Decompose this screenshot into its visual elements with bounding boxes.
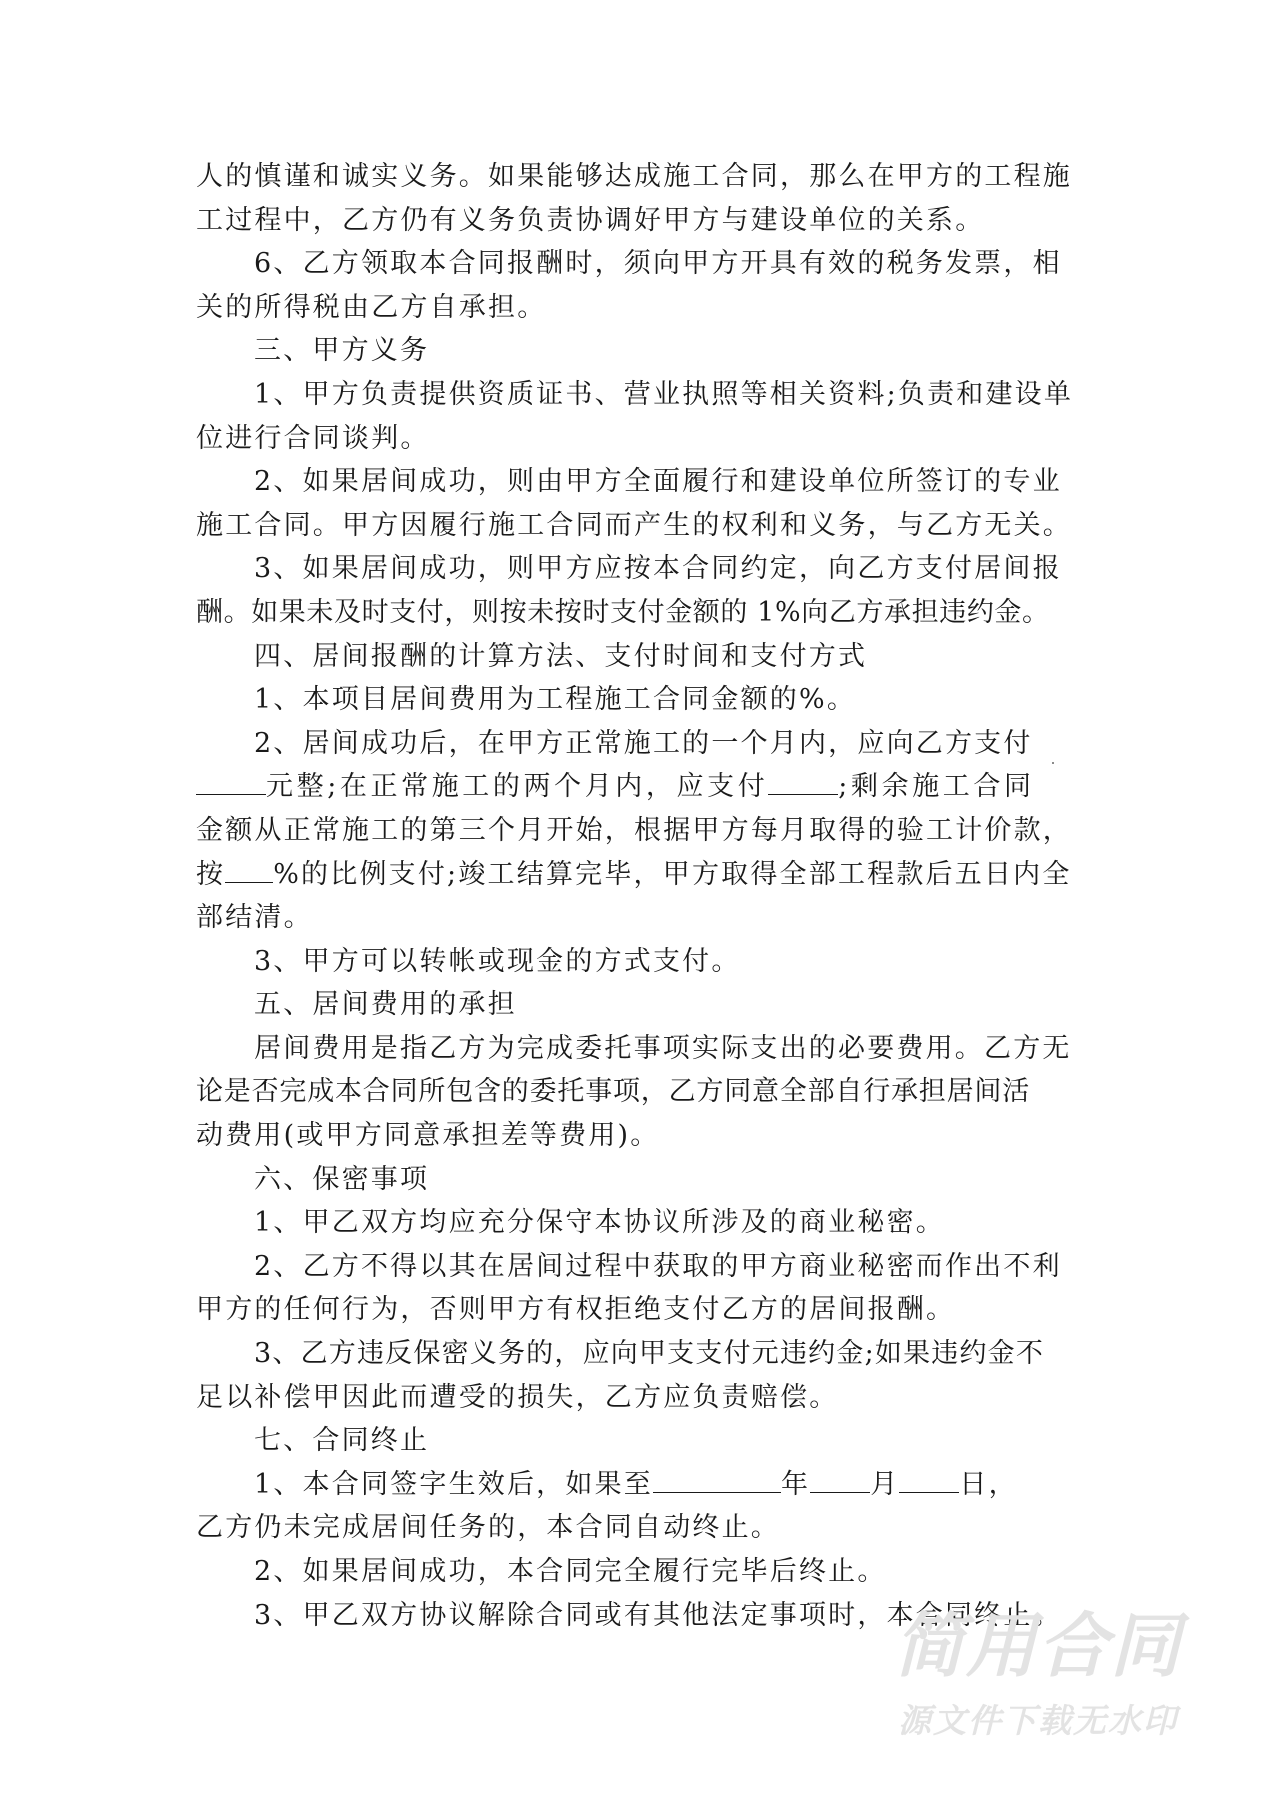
clause-line: 3、甲乙双方协议解除合同或有其他法定事项时，本合同终止。 <box>196 1594 1094 1638</box>
scan-speck <box>1052 762 1054 764</box>
watermark-subtext: 源文件下载无水印 <box>888 1696 1188 1746</box>
percentage-blank-line: 按%的比例支付;竣工结算完毕，甲方取得全部工程款后五日内全 <box>196 853 1094 897</box>
section-heading-3: 三、甲方义务 <box>196 329 1094 373</box>
year-label: 年 <box>781 1469 810 1500</box>
clause-line: 1、本项目居间费用为工程施工合同金额的%。 <box>196 678 1094 722</box>
date-blank-line: 1、本合同签字生效后，如果至年月日， <box>196 1463 1094 1507</box>
clause-line: 6、乙方领取本合同报酬时，须向甲方开具有效的税务发票，相 <box>196 242 1094 286</box>
section-heading-5: 五、居间费用的承担 <box>196 983 1094 1027</box>
text-line: 甲方的任何行为，否则甲方有权拒绝支付乙方的居间报酬。 <box>196 1288 1094 1332</box>
clause-line: 居间费用是指乙方为完成委托事项实际支出的必要费用。乙方无 <box>196 1027 1094 1071</box>
text-line: 施工合同。甲方因履行施工合同而产生的权利和义务，与乙方无关。 <box>196 504 1094 548</box>
text-segment: 元整;在正常施工的两个月内，应支付 <box>266 771 768 802</box>
clause-line: 2、居间成功后，在甲方正常施工的一个月内，应向乙方支付 <box>196 722 1094 766</box>
clause-line: 3、如果居间成功，则甲方应按本合同约定，向乙方支付居间报 <box>196 547 1094 591</box>
year-blank <box>653 1464 781 1493</box>
day-blank <box>899 1464 959 1493</box>
day-label: 日， <box>959 1469 1017 1500</box>
text-line: 人的慎谨和诚实义务。如果能够达成施工合同，那么在甲方的工程施 <box>196 155 1094 199</box>
clause-line: 3、甲方可以转帐或现金的方式支付。 <box>196 940 1094 984</box>
section-heading-7: 七、合同终止 <box>196 1419 1094 1463</box>
payment-blank-line: 元整;在正常施工的两个月内，应支付;剩余施工合同 <box>196 765 1094 809</box>
text-line: 足以补偿甲因此而遭受的损失，乙方应负责赔偿。 <box>196 1376 1094 1420</box>
clause-line: 1、甲乙双方均应充分保守本协议所涉及的商业秘密。 <box>196 1201 1094 1245</box>
text-segment: ;剩余施工合同 <box>838 771 1034 802</box>
text-segment: 按 <box>196 859 225 890</box>
section-heading-4: 四、居间报酬的计算方法、支付时间和支付方式 <box>196 635 1094 679</box>
text-line: 部结清。 <box>196 896 1094 940</box>
clause-line: 3、乙方违反保密义务的，应向甲支支付元违约金;如果违约金不 <box>196 1332 1094 1376</box>
text-line: 乙方仍未完成居间任务的，本合同自动终止。 <box>196 1506 1094 1550</box>
first-month-amount-blank <box>196 766 266 795</box>
text-line: 关的所得税由乙方自承担。 <box>196 286 1094 330</box>
clause-line: 2、如果居间成功，则由甲方全面履行和建设单位所签订的专业 <box>196 460 1094 504</box>
clause-line: 2、如果居间成功，本合同完全履行完毕后终止。 <box>196 1550 1094 1594</box>
contract-page: 人的慎谨和诚实义务。如果能够达成施工合同，那么在甲方的工程施 工过程中，乙方仍有… <box>196 155 1094 1637</box>
text-line: 金额从正常施工的第三个月开始，根据甲方每月取得的验工计价款， <box>196 809 1094 853</box>
section-heading-6: 六、保密事项 <box>196 1158 1094 1202</box>
text-line: 动费用(或甲方同意承担差等费用)。 <box>196 1114 1094 1158</box>
month-blank <box>810 1464 870 1493</box>
percentage-blank <box>225 854 273 883</box>
text-segment: %的比例支付;竣工结算完毕，甲方取得全部工程款后五日内全 <box>273 859 1071 890</box>
second-month-amount-blank <box>768 766 838 795</box>
clause-line: 2、乙方不得以其在居间过程中获取的甲方商业秘密而作出不利 <box>196 1245 1094 1289</box>
text-line: 工过程中，乙方仍有义务负责协调好甲方与建设单位的关系。 <box>196 199 1094 243</box>
text-line: 位进行合同谈判。 <box>196 417 1094 461</box>
text-line: 论是否完成本合同所包含的委托事项，乙方同意全部自行承担居间活 <box>196 1070 1094 1114</box>
month-label: 月 <box>870 1469 899 1500</box>
text-line: 酬。如果未及时支付，则按未按时支付金额的 1%向乙方承担违约金。 <box>196 591 1094 635</box>
clause-line: 1、甲方负责提供资质证书、营业执照等相关资料;负责和建设单 <box>196 373 1094 417</box>
text-segment: 1、本合同签字生效后，如果至 <box>254 1469 653 1500</box>
